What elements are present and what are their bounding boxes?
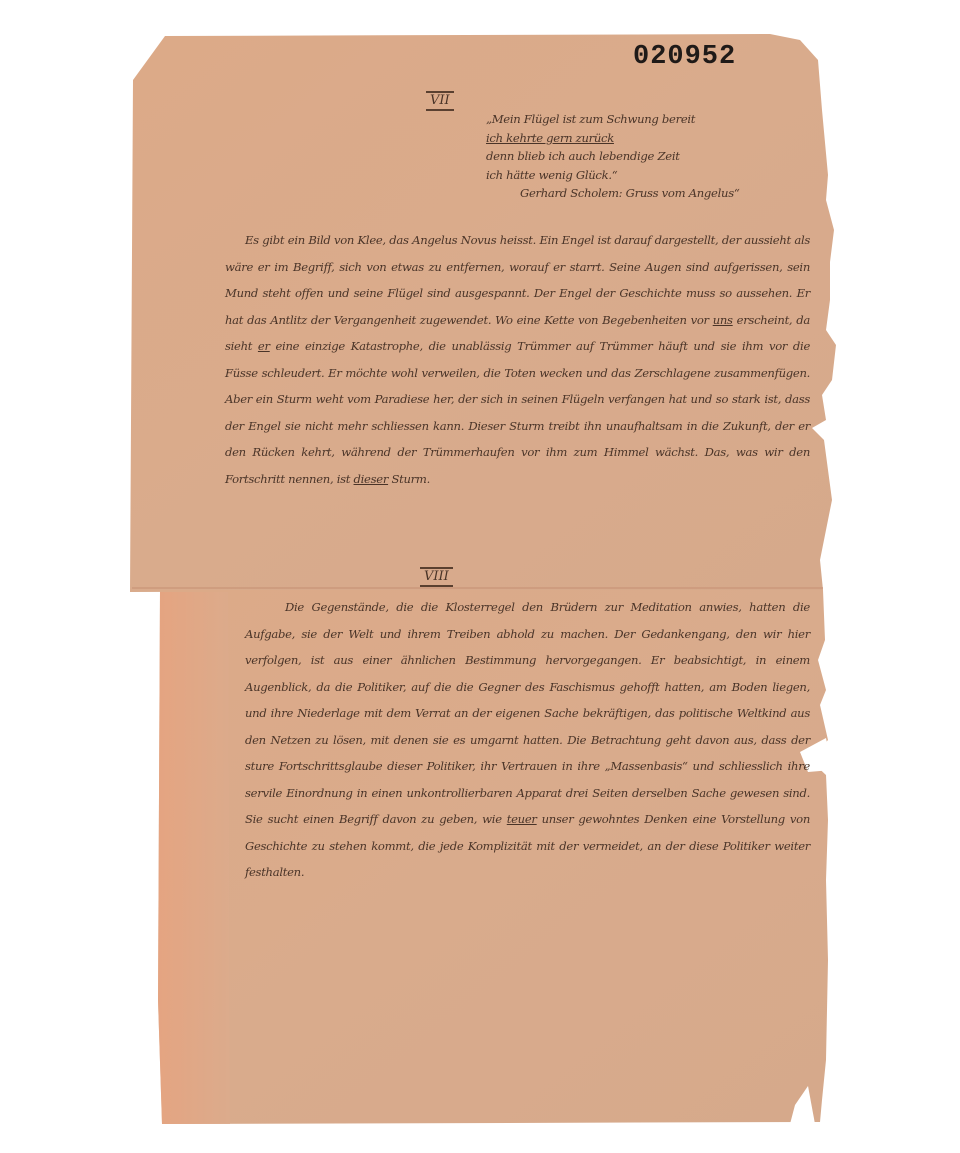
paragraph-angelus-novus: Es gibt ein Bild von Klee, das Angelus N…: [225, 227, 810, 492]
archive-number-stamp: 020952: [633, 42, 736, 72]
epigraph-line: „Mein Flügel ist zum Schwung bereit: [486, 110, 786, 129]
section-numeral: VIII: [420, 567, 453, 587]
epigraph-line: ich kehrte gern zurück: [486, 129, 786, 148]
text-run: Sturm.: [388, 472, 430, 486]
underlined-word: teuer: [507, 812, 537, 826]
text-run: Die Gegenstände, die die Klosterregel de…: [245, 600, 810, 826]
epigraph: „Mein Flügel ist zum Schwung bereit ich …: [486, 110, 786, 203]
underlined-word: dieser: [354, 472, 389, 486]
epigraph-line: ich hätte wenig Glück.“: [486, 166, 786, 185]
left-strip: [158, 592, 230, 1124]
text-run: eine einzige Katastrophe, die unablässig…: [225, 339, 810, 486]
underlined-word: er: [258, 339, 270, 353]
epigraph-line: denn blieb ich auch lebendige Zeit: [486, 147, 786, 166]
paragraph-klosterregel: Die Gegenstände, die die Klosterregel de…: [245, 594, 810, 886]
epigraph-attribution: Gerhard Scholem: Gruss vom Angelus“: [486, 184, 786, 203]
paper-shape: [0, 0, 960, 1153]
underlined-word: uns: [713, 313, 733, 327]
section-numeral: VII: [426, 91, 454, 111]
manuscript-sheet: 020952 VII „Mein Flügel ist zum Schwung …: [0, 0, 960, 1153]
